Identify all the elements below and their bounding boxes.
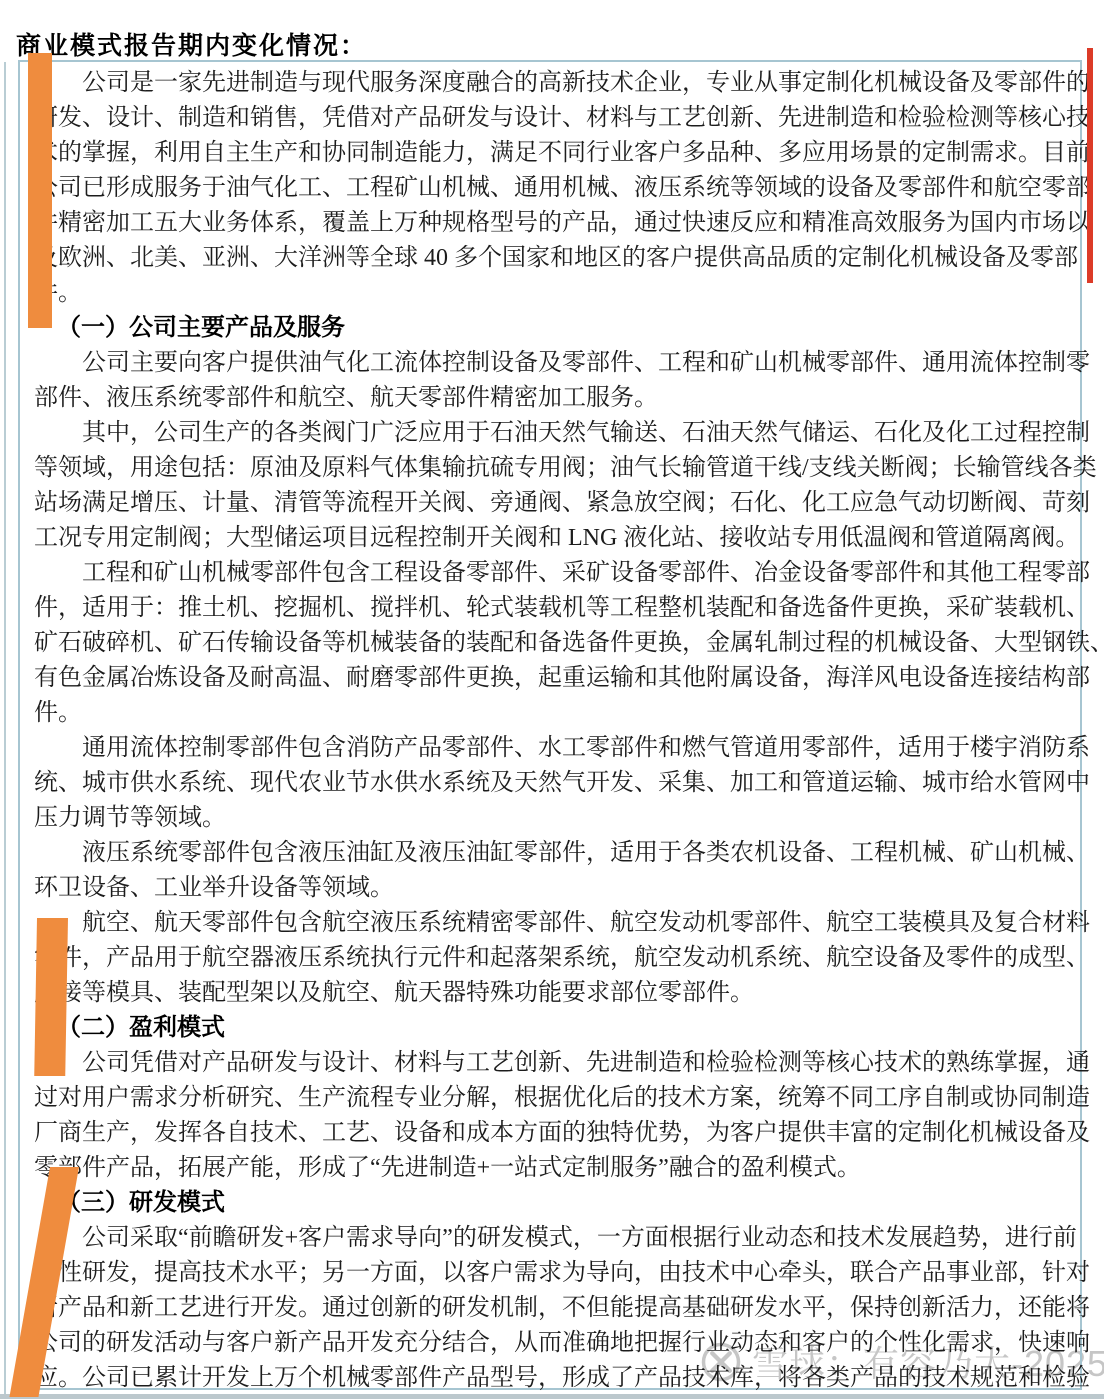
text-line: 工况专用定制阀；大型储运项目远程控制开关阀和 LNG 液化站、接收站专用低温阀和… — [34, 521, 1072, 556]
text-line: 零部件产品，拓展产能，形成了“先进制造+一站式定制服务”融合的盈利模式。 — [34, 1151, 1072, 1186]
section-heading: （二）盈利模式 — [34, 1011, 1072, 1046]
text-line: 有色金属冶炼设备及耐高温、耐磨零部件更换，起重运输和其他附属设备，海洋风电设备连… — [34, 661, 1072, 696]
text-line: 其中，公司生产的各类阀门广泛应用于石油天然气输送、石油天然气储运、石化及化工过程… — [34, 416, 1072, 451]
text-line: 零件，产品用于航空器液压系统执行元件和起落架系统，航空发动机系统、航空设备及零件… — [34, 941, 1072, 976]
page-title: 商业模式报告期内变化情况： — [16, 26, 367, 62]
highlight-bar-1 — [28, 53, 52, 328]
text-line: 研发、设计、制造和销售，凭借对产品研发与设计、材料与工艺创新、先进制造和检验检测… — [34, 101, 1072, 136]
text-line: 工程和矿山机械零部件包含工程设备零部件、采矿设备零部件、冶金设备零部件和其他工程… — [34, 556, 1072, 591]
text-line: 站场满足增压、计量、清管等流程开关阀、旁通阀、紧急放空阀；石化、化工应急气动切断… — [34, 486, 1072, 521]
text-line: 环卫设备、工业举升设备等领域。 — [34, 871, 1072, 906]
text-line: 液压系统零部件包含液压油缸及液压油缸零部件，适用于各类农机设备、工程机械、矿山机… — [34, 836, 1072, 871]
text-line: 公司采取“前瞻研发+客户需求导向”的研发模式，一方面根据行业动态和技术发展趋势，… — [34, 1221, 1072, 1256]
text-line: 部件、液压系统零部件和航空、航天零部件精密加工服务。 — [34, 381, 1072, 416]
text-line: 新产品和新工艺进行开发。通过创新的研发机制，不但能提高基础研发水平，保持创新活力… — [34, 1291, 1072, 1326]
text-line: 通用流体控制零部件包含消防产品零部件、水工零部件和燃气管道用零部件，适用于楼宇消… — [34, 731, 1072, 766]
text-line: 公司的研发活动与客户新产品开发充分结合，从而准确地把握行业动态和客户的个性化需求… — [34, 1326, 1072, 1361]
text-line: 件精密加工五大业务体系，覆盖上万种规格型号的产品，通过快速反应和精准高效服务为国… — [34, 206, 1072, 241]
text-line: 术的掌握，利用自主生产和协同制造能力，满足不同行业客户多品种、多应用场景的定制需… — [34, 136, 1072, 171]
text-line: 件。 — [34, 276, 1072, 311]
text-line: 公司主要向客户提供油气化工流体控制设备及零部件、工程和矿山机械零部件、通用流体控… — [34, 346, 1072, 381]
text-line: 瞻性研发，提高技术水平；另一方面，以客户需求为导向，由技术中心牵头，联合产品事业… — [34, 1256, 1072, 1291]
page-edge-line — [4, 62, 6, 1399]
highlight-bar-2 — [34, 918, 68, 1076]
section-heading: （三）研发模式 — [34, 1186, 1072, 1221]
text-line: 航空、航天零部件包含航空液压系统精密零部件、航空发动机零部件、航空工装模具及复合… — [34, 906, 1072, 941]
text-line: 矿石破碎机、矿石传输设备等机械装备的装配和备选备件更换，金属轧制过程的机械设备、… — [34, 626, 1072, 661]
text-line: 统、城市供水系统、现代农业节水供水系统及天然气开发、采集、加工和管道运输、城市给… — [34, 766, 1072, 801]
document-box: 公司是一家先进制造与现代服务深度融合的高新技术企业，专业从事定制化机械设备及零部… — [18, 60, 1082, 1390]
text-line: 公司已形成服务于油气化工、工程矿山机械、通用机械、液压系统等领域的设备及零部件和… — [34, 171, 1072, 206]
text-line: 压力调节等领域。 — [34, 801, 1072, 836]
text-line: 公司是一家先进制造与现代服务深度融合的高新技术企业，专业从事定制化机械设备及零部… — [34, 66, 1072, 101]
text-line: 公司凭借对产品研发与设计、材料与工艺创新、先进制造和检验检测等核心技术的熟练掌握… — [34, 1046, 1072, 1081]
right-margin-marker — [1087, 48, 1093, 283]
section-heading: （一）公司主要产品及服务 — [34, 311, 1072, 346]
text-line: 等领域，用途包括：原油及原料气体集输抗硫专用阀；油气长输管道干线/支线关断阀；长… — [34, 451, 1072, 486]
text-line: 及欧洲、北美、亚洲、大洋洲等全球 40 多个国家和地区的客户提供高品质的定制化机… — [34, 241, 1072, 276]
text-line: 过对用户需求分析研究、生产流程专业分解，根据优化后的技术方案，统筹不同工序自制或… — [34, 1081, 1072, 1116]
text-line: 件。 — [34, 696, 1072, 731]
text-line: 厂商生产，发挥各自技术、工艺、设备和成本方面的独特优势，为客户提供丰富的定制化机… — [34, 1116, 1072, 1151]
text-line: 应。公司已累计开发上万个机械零部件产品型号，形成了产品技术库，将各类产品的技术规… — [34, 1361, 1072, 1396]
text-line: 件，适用于：推土机、挖掘机、搅拌机、轮式装载机等工程整机装配和备选备件更换，采矿… — [34, 591, 1072, 626]
bottom-page-band — [0, 1394, 1104, 1399]
text-line: 胶接等模具、装配型架以及航空、航天器特殊功能要求部位零部件。 — [34, 976, 1072, 1011]
